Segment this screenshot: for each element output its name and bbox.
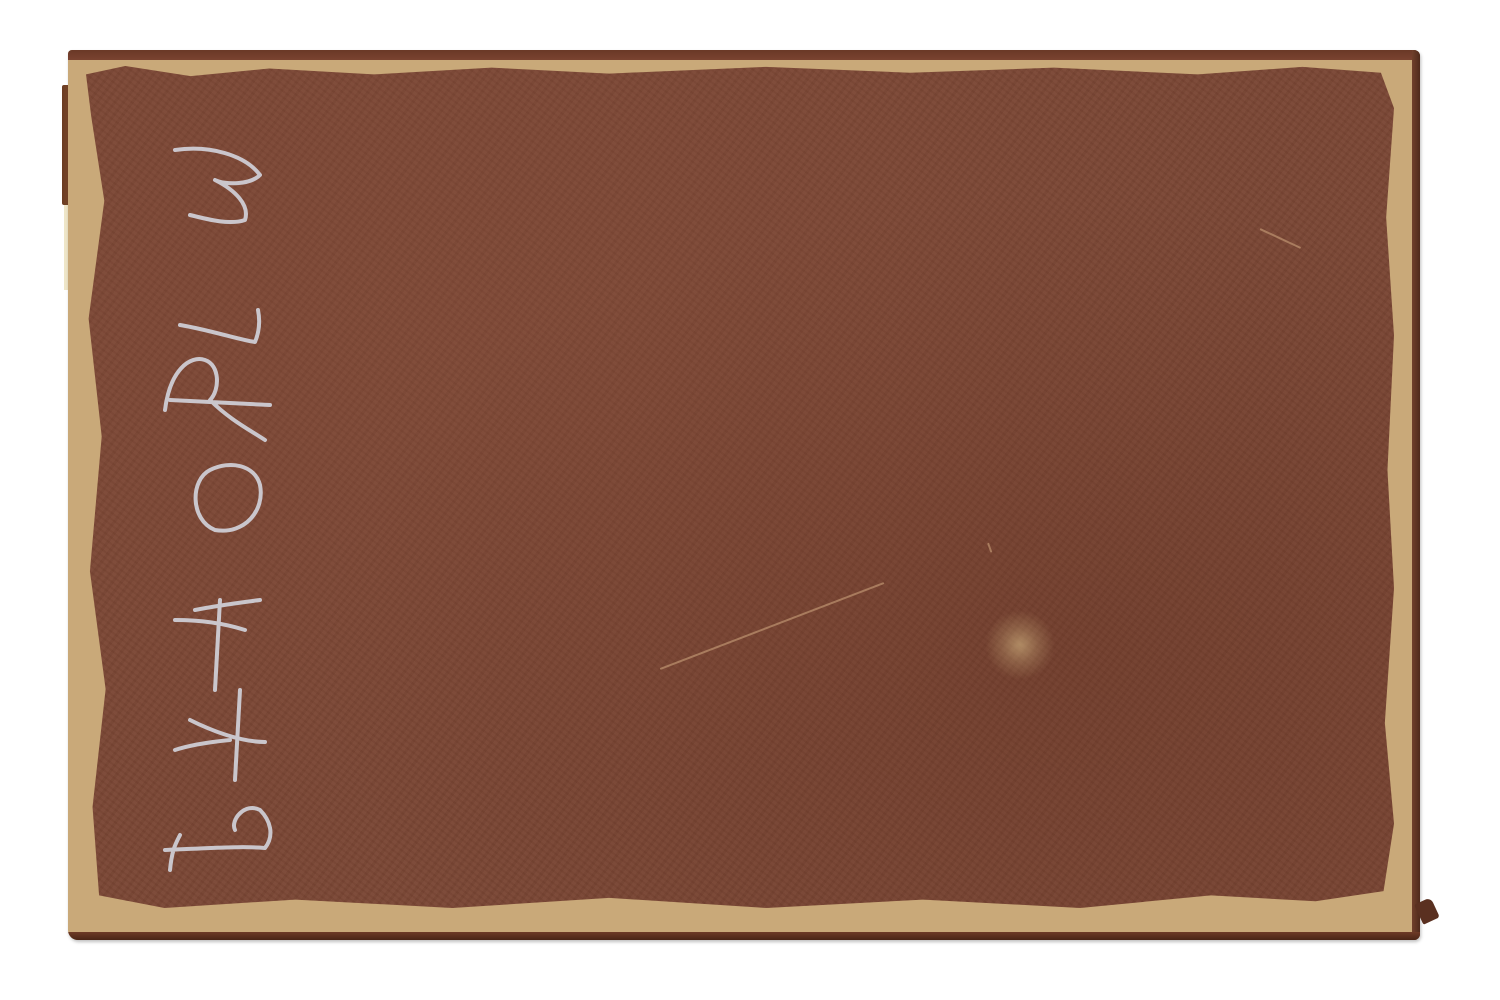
handwriting-strokes [150,130,280,890]
photo-stage: 244ORLW [0,0,1500,1000]
handwriting-label: 244ORLW [210,507,211,512]
leather-surface [86,66,1394,908]
cover-bottom-edge [68,932,1420,940]
cover-right-edge [1412,50,1420,940]
chalk-handwriting [150,130,280,890]
cover-top-edge [68,50,1420,60]
worn-spot [985,610,1055,680]
